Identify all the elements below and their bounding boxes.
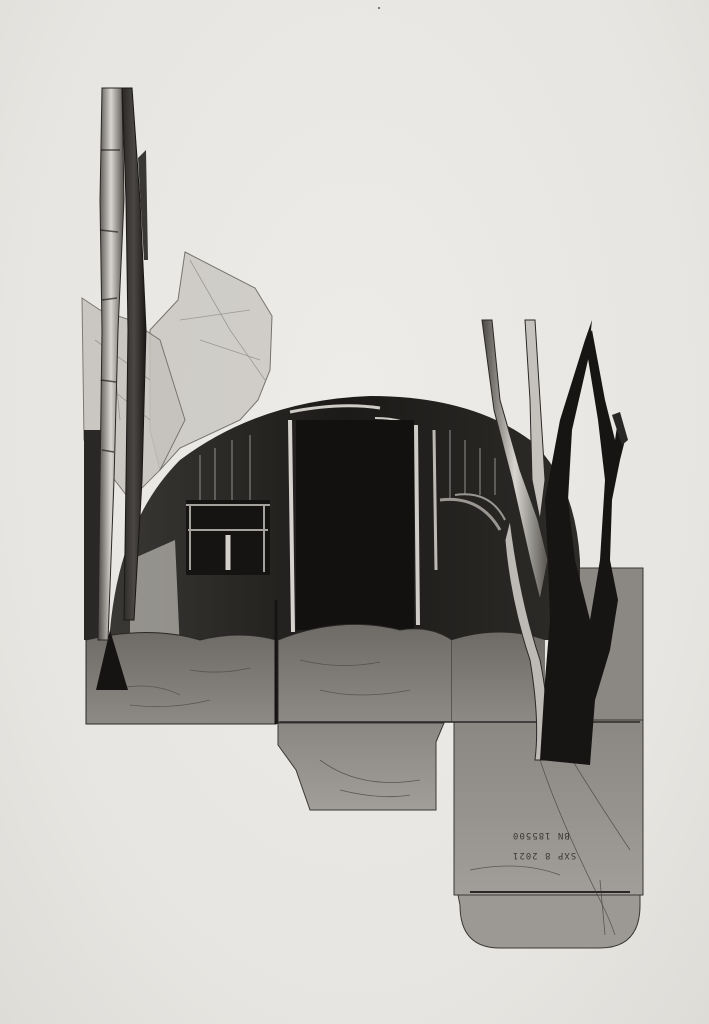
hut-window bbox=[186, 500, 270, 575]
artwork bbox=[0, 0, 709, 1024]
plate-inscription-line1: BN 185500 bbox=[512, 830, 570, 840]
plate-inscription-line2: SXP 8 2021 bbox=[512, 850, 576, 860]
hut-doorway bbox=[296, 420, 414, 630]
